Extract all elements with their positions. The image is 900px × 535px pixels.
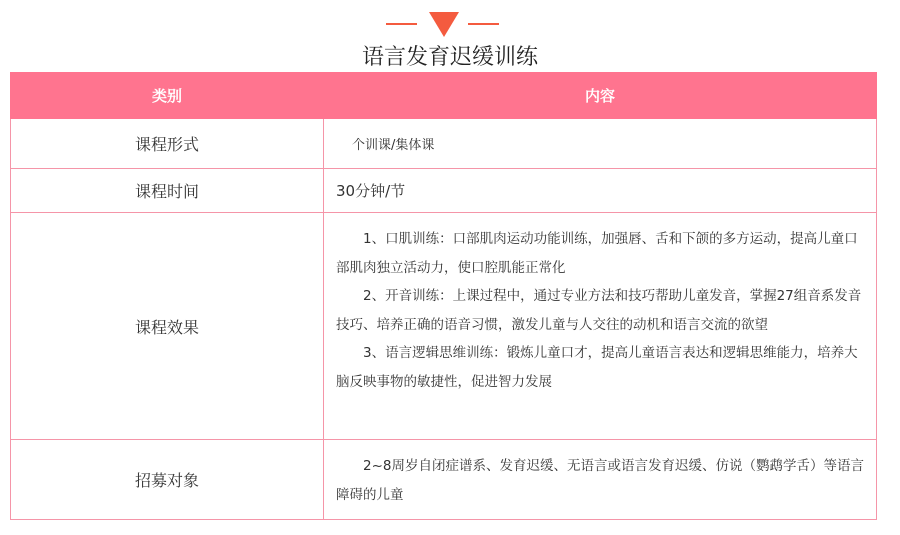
category-cell: 招募对象: [11, 440, 324, 520]
table-row-course-effect: 课程效果 1、口肌训练：口部肌肉运动功能训练，加强唇、舌和下颌的多方运动，提高儿…: [11, 213, 877, 440]
effect-item-logic-thinking: 3、语言逻辑思维训练：锻炼儿童口才，提高儿童语言表达和逻辑思维能力，培养大脑反映…: [336, 339, 864, 396]
effect-item-oral-muscle: 1、口肌训练：口部肌肉运动功能训练，加强唇、舌和下颌的多方运动，提高儿童口部肌肉…: [336, 225, 864, 282]
content-cell: 个训课/集体课: [324, 119, 877, 169]
content-cell: 2~8周岁自闭症谱系、发育迟缓、无语言或语言发育迟缓、仿说（鹦鹉学舌）等语言障碍…: [324, 440, 877, 520]
target-text: 2~8周岁自闭症谱系、发育迟缓、无语言或语言发育迟缓、仿说（鹦鹉学舌）等语言障碍…: [336, 452, 864, 509]
table-row-course-time: 课程时间 30分钟/节: [11, 169, 877, 213]
column-header-content: 内容: [324, 73, 877, 119]
content-cell: 1、口肌训练：口部肌肉运动功能训练，加强唇、舌和下颌的多方运动，提高儿童口部肌肉…: [324, 213, 877, 440]
category-cell: 课程时间: [11, 169, 324, 213]
effect-list: 1、口肌训练：口部肌肉运动功能训练，加强唇、舌和下颌的多方运动，提高儿童口部肌肉…: [336, 213, 864, 436]
title-decoration: [385, 12, 515, 38]
decoration-line-right: [468, 23, 499, 25]
course-info-table: 类别 内容 课程形式 个训课/集体课 课程时间 30分钟/节 课程效果 1、口肌…: [10, 72, 877, 520]
triangle-down-icon: [429, 12, 459, 37]
table-row-recruitment-target: 招募对象 2~8周岁自闭症谱系、发育迟缓、无语言或语言发育迟缓、仿说（鹦鹉学舌）…: [11, 440, 877, 520]
page-title: 语言发育迟缓训练: [0, 44, 900, 72]
effect-item-articulation: 2、开音训练：上课过程中，通过专业方法和技巧帮助儿童发音，掌握27组音系发音技巧…: [336, 282, 864, 339]
decoration-line-left: [386, 23, 417, 25]
table-header-row: 类别 内容: [11, 73, 877, 119]
content-cell: 30分钟/节: [324, 169, 877, 213]
column-header-category: 类别: [11, 73, 324, 119]
category-cell: 课程效果: [11, 213, 324, 440]
page: 语言发育迟缓训练 类别 内容 课程形式 个训课/集体课 课程时间 30分钟/节 …: [0, 0, 900, 535]
category-cell: 课程形式: [11, 119, 324, 169]
table-row-course-format: 课程形式 个训课/集体课: [11, 119, 877, 169]
target-description: 2~8周岁自闭症谱系、发育迟缓、无语言或语言发育迟缓、仿说（鹦鹉学舌）等语言障碍…: [336, 450, 864, 509]
